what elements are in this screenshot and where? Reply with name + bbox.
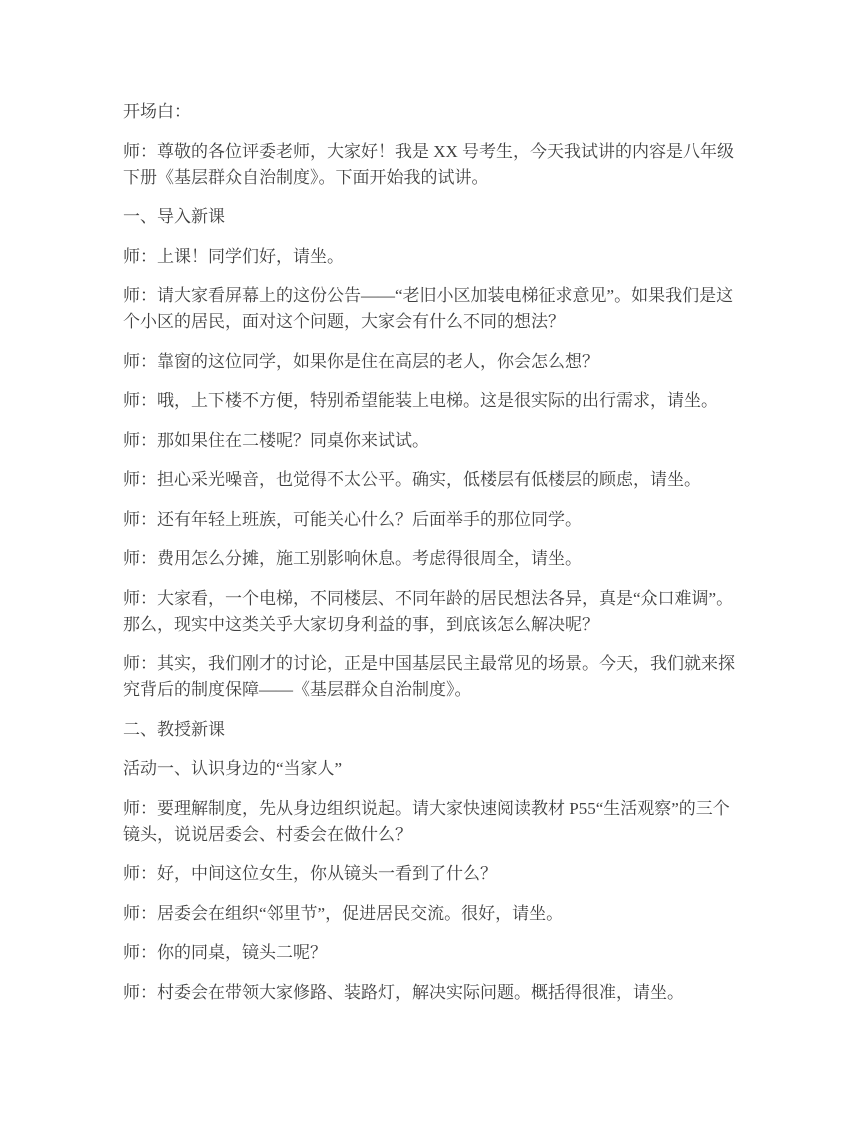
opening-line: 师：尊敬的各位评委老师，大家好！我是 XX 号考生，今天我试讲的内容是八年级下册… bbox=[123, 139, 745, 191]
opening-label: 开场白： bbox=[123, 99, 745, 125]
teacher-line: 师：哦，上下楼不方便，特别希望能装上电梯。这是很实际的出行需求，请坐。 bbox=[123, 388, 745, 414]
teacher-line: 师：上课！同学们好，请坐。 bbox=[123, 244, 745, 270]
teacher-line: 师：还有年轻上班族，可能关心什么？后面举手的那位同学。 bbox=[123, 507, 745, 533]
teacher-line: 师：居委会在组织“邻里节”，促进居民交流。很好，请坐。 bbox=[123, 901, 745, 927]
teacher-line: 师：你的同桌，镜头二呢？ bbox=[123, 940, 745, 966]
document-body: 开场白： 师：尊敬的各位评委老师，大家好！我是 XX 号考生，今天我试讲的内容是… bbox=[123, 99, 745, 1019]
activity-1-heading: 活动一、认识身边的“当家人” bbox=[123, 756, 745, 782]
teacher-line: 师：村委会在带领大家修路、装路灯，解决实际问题。概括得很准，请坐。 bbox=[123, 980, 745, 1006]
section-2-heading: 二、教授新课 bbox=[123, 717, 745, 743]
teacher-line: 师：那如果住在二楼呢？同桌你来试试。 bbox=[123, 428, 745, 454]
teacher-line: 师：好，中间这位女生，你从镜头一看到了什么？ bbox=[123, 861, 745, 887]
document-page: 开场白： 师：尊敬的各位评委老师，大家好！我是 XX 号考生，今天我试讲的内容是… bbox=[0, 0, 866, 1122]
teacher-line: 师：靠窗的这位同学，如果你是住在高层的老人，你会怎么想？ bbox=[123, 349, 745, 375]
teacher-line: 师：大家看，一个电梯，不同楼层、不同年龄的居民想法各异，真是“众口难调”。那么，… bbox=[123, 586, 745, 638]
section-1-heading: 一、导入新课 bbox=[123, 204, 745, 230]
teacher-line: 师：担心采光噪音，也觉得不太公平。确实，低楼层有低楼层的顾虑，请坐。 bbox=[123, 467, 745, 493]
teacher-line: 师：请大家看屏幕上的这份公告——“老旧小区加装电梯征求意见”。如果我们是这个小区… bbox=[123, 283, 745, 335]
teacher-line: 师：要理解制度，先从身边组织说起。请大家快速阅读教材 P55“生活观察”的三个镜… bbox=[123, 796, 745, 848]
teacher-line: 师：费用怎么分摊，施工别影响休息。考虑得很周全，请坐。 bbox=[123, 546, 745, 572]
teacher-line: 师：其实，我们刚才的讨论，正是中国基层民主最常见的场景。今天，我们就来探究背后的… bbox=[123, 651, 745, 703]
